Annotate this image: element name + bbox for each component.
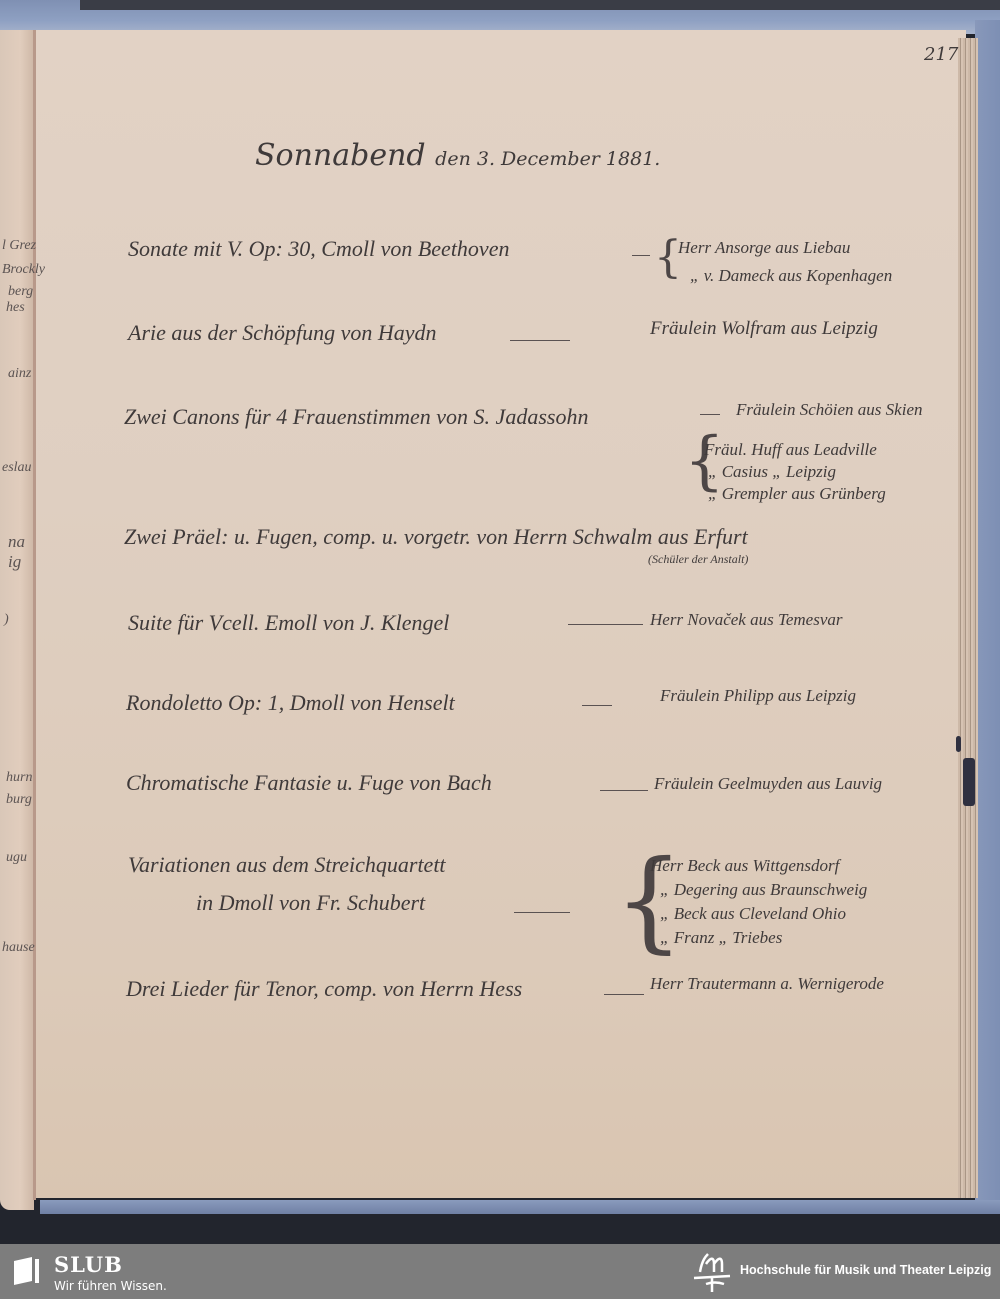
dash-divider <box>632 255 650 256</box>
margin-fragment: ainz <box>8 366 31 382</box>
margin-fragment: burg <box>6 792 32 808</box>
program-work: Zwei Canons für 4 Frauenstimmen von S. J… <box>124 404 588 430</box>
program-work: Drei Lieder für Tenor, comp. von Herrn H… <box>126 976 522 1002</box>
dash-divider <box>604 994 644 995</box>
page-stack-edges <box>958 38 978 1198</box>
margin-fragment: Brockly <box>2 262 45 278</box>
program-work: Chromatische Fantasie u. Fuge von Bach <box>126 770 492 796</box>
performer: Herr Ansorge aus Liebau <box>678 238 850 258</box>
margin-fragment: ) <box>4 612 9 628</box>
binding-cloth-right <box>975 20 1000 1210</box>
hmt-brand: Hochschule für Musik und Theater Leipzig <box>740 1263 991 1277</box>
ink-stain <box>956 736 961 752</box>
margin-fragment: hes <box>6 300 25 316</box>
footer-bar: SLUB Wir führen Wissen. Hochschule für M… <box>0 1244 1000 1299</box>
slub-tagline: Wir führen Wissen. <box>54 1279 167 1293</box>
page-title: Sonnabend den 3. December 1881. <box>255 138 660 173</box>
program-work: Arie aus der Schöpfung von Haydn <box>128 320 437 346</box>
margin-fragment: l Grez <box>2 238 36 254</box>
performer: Fräul. Huff aus Leadville <box>704 440 877 460</box>
performer: Fräulein Geelmuyden aus Lauvig <box>654 774 882 794</box>
margin-fragment: berg <box>8 284 33 300</box>
margin-fragment: eslau <box>2 460 32 476</box>
performer: Fräulein Schöien aus Skien <box>736 400 923 420</box>
dash-divider <box>700 414 720 415</box>
ink-stain <box>963 758 975 806</box>
performer: „ v. Dameck aus Kopenhagen <box>690 266 892 286</box>
manuscript-scan: l Grez Brockly berg hes ainz eslau na ig… <box>0 0 1000 1244</box>
margin-fragment: ig <box>8 552 21 572</box>
page-number: 217 <box>924 44 958 65</box>
performer: „ Degering aus Braunschweig <box>660 880 867 900</box>
performer: „ Casius „ Leipzig <box>708 462 836 482</box>
program-work: Zwei Präel: u. Fugen, comp. u. vorgetr. … <box>124 524 748 550</box>
dash-divider <box>568 624 643 625</box>
program-work: Rondoletto Op: 1, Dmoll von Henselt <box>126 690 455 716</box>
performer-note: (Schüler der Anstalt) <box>648 552 748 567</box>
performer: Herr Beck aus Wittgensdorf <box>650 856 839 876</box>
slub-brand: SLUB <box>54 1252 123 1277</box>
scan-background-top <box>80 0 1000 10</box>
dash-divider <box>582 705 612 706</box>
performer: „ Franz „ Triebes <box>660 928 782 948</box>
title-day: Sonnabend <box>255 138 426 173</box>
performer: „ Beck aus Cleveland Ohio <box>660 904 846 924</box>
binding-cloth-bottom <box>40 1200 1000 1214</box>
performer: Fräulein Wolfram aus Leipzig <box>650 318 878 340</box>
hmt-logo-icon <box>692 1250 732 1296</box>
program-work: Variationen aus dem Streichquartett <box>128 852 446 878</box>
performer: „ Grempler aus Grünberg <box>708 484 886 504</box>
margin-fragment: hause <box>2 940 35 956</box>
performer: Herr Novaček aus Temesvar <box>650 610 842 630</box>
dash-divider <box>510 340 570 341</box>
dash-divider <box>600 790 648 791</box>
slub-logo-icon <box>14 1257 40 1285</box>
margin-fragment: ugu <box>6 850 27 866</box>
program-work: Sonate mit V. Op: 30, Cmoll von Beethove… <box>128 236 509 262</box>
title-date: den 3. December 1881. <box>435 148 660 170</box>
margin-fragment: hurn <box>6 770 32 786</box>
program-work: in Dmoll von Fr. Schubert <box>196 890 425 916</box>
performer: Herr Trautermann a. Wernigerode <box>650 974 884 994</box>
dash-divider <box>514 912 570 913</box>
margin-fragment: na <box>8 532 25 552</box>
program-work: Suite für Vcell. Emoll von J. Klengel <box>128 610 449 636</box>
performer: Fräulein Philipp aus Leipzig <box>660 686 856 706</box>
